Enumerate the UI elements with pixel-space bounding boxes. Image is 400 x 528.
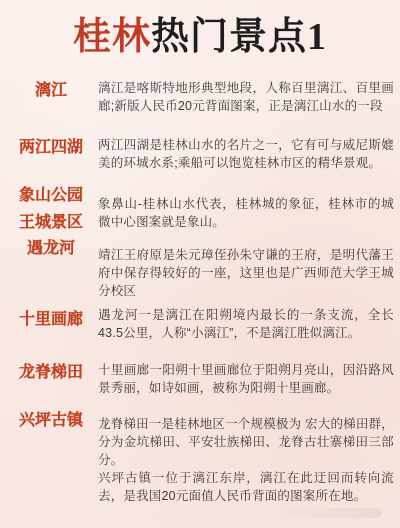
page-title: 桂林热门景点1 (0, 14, 400, 60)
attraction-desc-liangjiangsihu: 两江四湖是桂林山水的名片之一，它有可与威尼斯媲美的环城水系;乘船可以饱览桂林市区… (98, 136, 394, 172)
attraction-desc-shilihualang: 十里画廊一阳朔十里画廊位于阳朔月亮山，因沿路风景秀丽，如诗如画，被称为阳朔十里画… (98, 361, 394, 397)
guilin-attractions-poster: 桂林热门景点1 漓江 两江四湖 象山公园 王城景区 遇龙河 十里画廊 龙脊梯田 … (0, 0, 400, 528)
attraction-desc-wangfu: 靖江王府原是朱元璋侄孙朱守谦的王府，是明代藩王府中保存得较好的一座，这里也是广西… (98, 246, 394, 300)
attraction-label-xingping: 兴坪古镇 (6, 412, 96, 430)
faint-watermark (262, 508, 382, 518)
attraction-label-liangjiangsihu: 两江四湖 (6, 139, 96, 157)
attraction-desc-xingping: 兴坪古镇一位于漓江东岸，漓江在此迂回而转向流去，是我国20元面值人民币背面的图案… (98, 469, 394, 505)
attraction-label-longjititian: 龙脊梯田 (6, 364, 96, 382)
attraction-desc-longjititian: 龙脊梯田一是桂林地区一个规模极为 宏大的梯田群，分为金坑梯田、平安壮族梯田、龙脊… (98, 415, 394, 469)
attraction-label-lijiang: 漓江 (6, 82, 96, 100)
page-title-rest: 热门景点1 (151, 16, 327, 58)
attraction-desc-xiangshan: 象鼻山-桂林山水代表，桂林城的象征，桂林市的城微中心图案就是象山。 (98, 195, 394, 231)
attraction-desc-yulonghe: 遇龙河一是漓江在阳朔境内最长的一条支流，全长43.5公里，人称“小漓江”，不是漓… (98, 306, 394, 342)
page-title-accent: 桂林 (73, 16, 151, 58)
attraction-label-wangcheng: 王城景区 (6, 214, 96, 232)
attraction-desc-lijiang: 漓江是喀斯特地形典型地段，人称百里漓江、百里画廊;新版人民币20元背面图案，正是… (98, 79, 394, 115)
attraction-label-xiangshan: 象山公园 (6, 187, 96, 205)
attraction-label-yulonghe: 遇龙河 (6, 240, 96, 258)
attraction-label-shilihualang: 十里画廊 (6, 311, 96, 329)
